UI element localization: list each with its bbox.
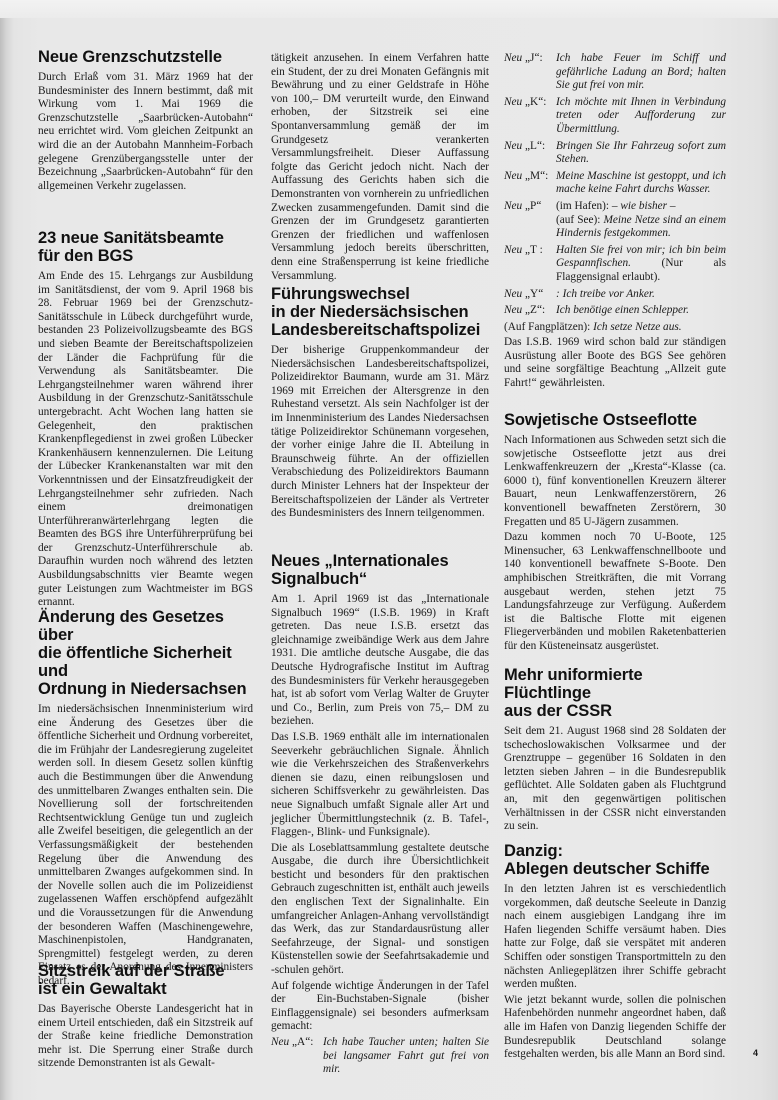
article-paragraph: Im niedersächsischen Innenministerium wi…	[38, 703, 253, 988]
article-paragraph: Auf folgende wichtige Änderungen in der …	[271, 980, 489, 1034]
article-paragraph: Das Bayerische Oberste Landesgericht hat…	[38, 1003, 253, 1071]
article-paragraph: Das I.S.B. 1969 wird schon bald zur stän…	[504, 336, 726, 390]
article-paragraph: tätigkeit anzusehen. In einem Verfahren …	[271, 52, 489, 283]
article-gesetz-niedersachsen: Änderung des Gesetzes überdie öffentlich…	[38, 608, 253, 990]
article-title: 23 neue Sanitätsbeamtefür den BGS	[38, 229, 253, 265]
signal-entry-y: Neu „Y“ : Ich treibe vor Anker.	[504, 288, 726, 302]
signal-entry-m: Neu „M“: Meine Maschine ist gestoppt, un…	[504, 170, 726, 197]
article-title: Sowjetische Ostseeflotte	[504, 411, 726, 429]
article-paragraph: Nach Informationen aus Schweden setzt si…	[504, 434, 726, 529]
signal-entry-a: Neu „A“: Ich habe Taucher unten; halten …	[271, 1036, 489, 1077]
article-title: Neues „InternationalesSignalbuch“	[271, 552, 489, 588]
article-grenzschutzstelle: Neue Grenzschutzstelle Durch Erlaß vom 3…	[38, 48, 253, 195]
page-number: 4	[753, 1048, 758, 1058]
article-paragraph: Das I.S.B. 1969 enthält alle im internat…	[271, 731, 489, 840]
article-title: Sitzstreik auf der Straßeist ein Gewalta…	[38, 962, 253, 998]
signal-entry-p: Neu „P“ (im Hafen): – wie bisher –(auf S…	[504, 200, 726, 241]
signal-entry-z: Neu „Z“: Ich benötige einen Schlepper.	[504, 304, 726, 318]
article-ostseeflotte: Sowjetische Ostseeflotte Nach Informatio…	[504, 411, 726, 656]
signal-entry-k: Neu „K“: Ich möchte mit Ihnen in Verbind…	[504, 96, 726, 137]
article-fuehrungswechsel: Führungswechselin der NiedersächsischenL…	[271, 285, 489, 523]
newspaper-page: Neue Grenzschutzstelle Durch Erlaß vom 3…	[0, 0, 778, 1100]
article-title: Danzig:Ablegen deutscher Schiffe	[504, 842, 726, 878]
article-title: Neue Grenzschutzstelle	[38, 48, 253, 66]
signal-fangplaetze: (Auf Fangplätzen): Ich setze Netze aus.	[504, 321, 726, 335]
article-paragraph: Seit dem 21. August 1968 sind 28 Soldate…	[504, 725, 726, 834]
article-sanitaetsbeamte: 23 neue Sanitätsbeamtefür den BGS Am End…	[38, 229, 253, 612]
article-paragraph: Durch Erlaß vom 31. März 1969 hat der Bu…	[38, 71, 253, 193]
article-paragraph: Wie jetzt bekannt wurde, sollen die poln…	[504, 994, 726, 1062]
article-paragraph: In den letzten Jahren ist es verschieden…	[504, 883, 726, 992]
signal-entry-l: Neu „L“: Bringen Sie Ihr Fahrzeug sofort…	[504, 140, 726, 167]
article-sitzstreik-continued: tätigkeit anzusehen. In einem Verfahren …	[271, 52, 489, 285]
article-title: Mehr uniformierte Flüchtlingeaus der CSS…	[504, 666, 726, 720]
signal-entry-t: Neu „T : Halten Sie frei von mir; ich bi…	[504, 244, 726, 285]
article-paragraph: Der bisherige Gruppenkommandeur der Nied…	[271, 344, 489, 521]
article-paragraph: Am Ende des 15. Lehrgangs zur Ausbildung…	[38, 270, 253, 610]
article-sitzstreik: Sitzstreik auf der Straßeist ein Gewalta…	[38, 962, 253, 1073]
article-paragraph: Die als Loseblattsammlung gestaltete deu…	[271, 842, 489, 978]
signal-entry-j: Neu „J“: Ich habe Feuer im Schiff und ge…	[504, 52, 726, 93]
page-top-margin	[0, 0, 778, 18]
article-title: Führungswechselin der NiedersächsischenL…	[271, 285, 489, 339]
article-title: Änderung des Gesetzes überdie öffentlich…	[38, 608, 253, 698]
article-fluechtlinge: Mehr uniformierte Flüchtlingeaus der CSS…	[504, 666, 726, 836]
article-paragraph: Am 1. April 1969 ist das „Internationale…	[271, 593, 489, 729]
article-signalbuch-continued: Neu „J“: Ich habe Feuer im Schiff und ge…	[504, 52, 726, 393]
article-paragraph: Dazu kommen noch 70 U-Boote, 125 Minensu…	[504, 531, 726, 653]
article-danzig: Danzig:Ablegen deutscher Schiffe In den …	[504, 842, 726, 1064]
article-signalbuch: Neues „InternationalesSignalbuch“ Am 1. …	[271, 552, 489, 1080]
